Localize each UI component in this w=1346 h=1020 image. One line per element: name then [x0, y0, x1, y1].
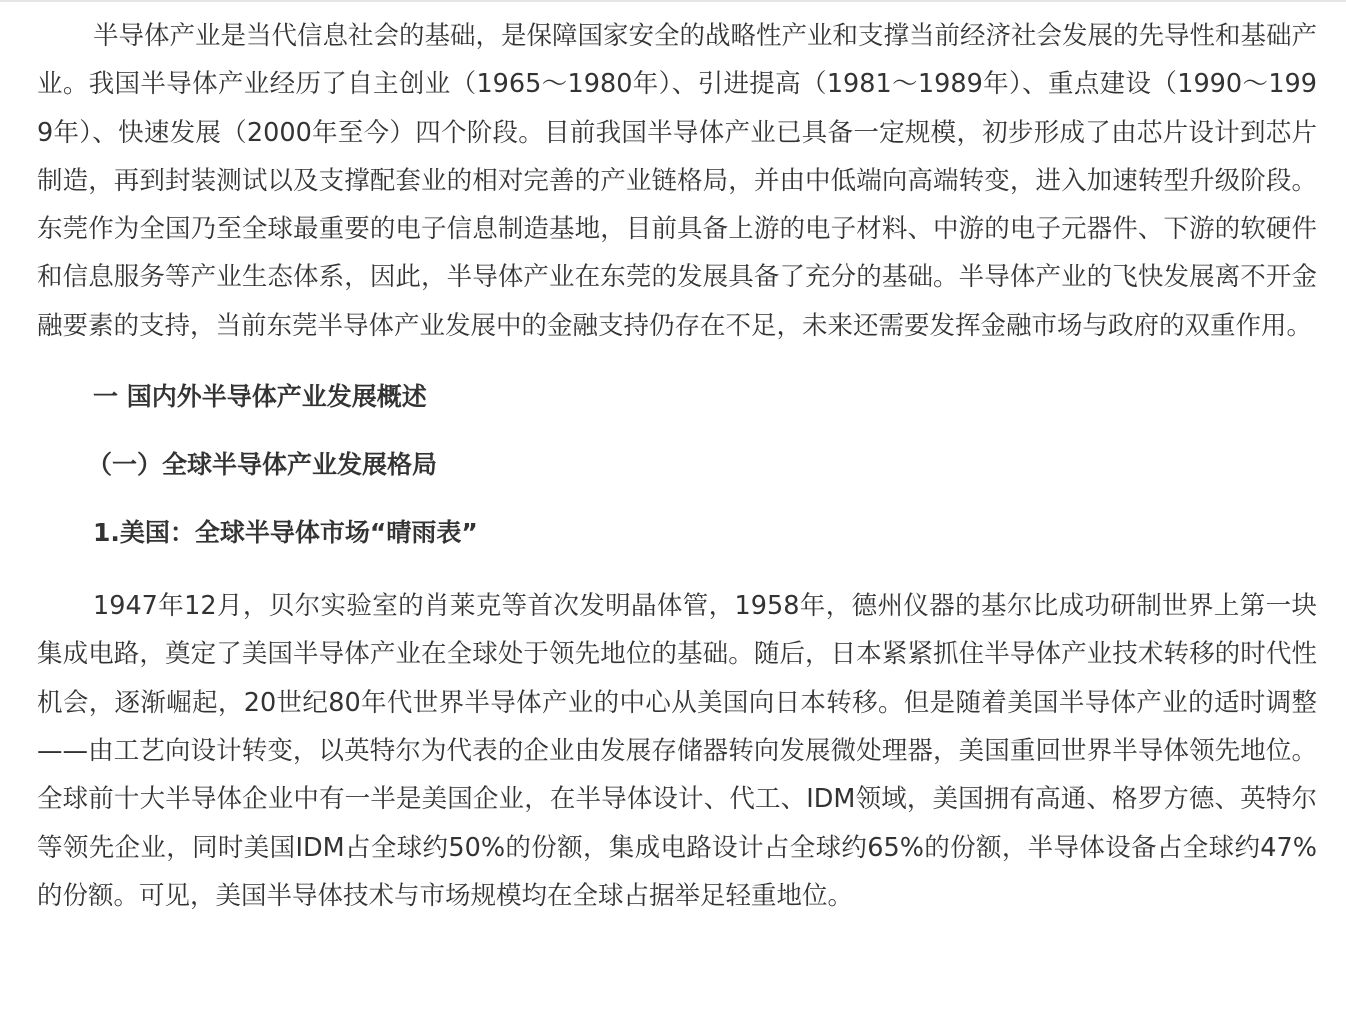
subsection-heading: （一）全球半导体产业发展格局: [37, 448, 1317, 482]
subsubsection-heading: 1.美国：全球半导体市场“晴雨表”: [37, 516, 1317, 550]
intro-paragraph: 半导体产业是当代信息社会的基础，是保障国家安全的战略性产业和支撑当前经济社会发展…: [37, 12, 1317, 350]
usa-paragraph: 1947年12月，贝尔实验室的肖莱克等首次发明晶体管，1958年，德州仪器的基尔…: [37, 582, 1317, 920]
top-divider: [0, 0, 1346, 2]
article-body: 半导体产业是当代信息社会的基础，是保障国家安全的战略性产业和支撑当前经济社会发展…: [37, 12, 1317, 920]
section-heading: 一 国内外半导体产业发展概述: [37, 380, 1317, 414]
